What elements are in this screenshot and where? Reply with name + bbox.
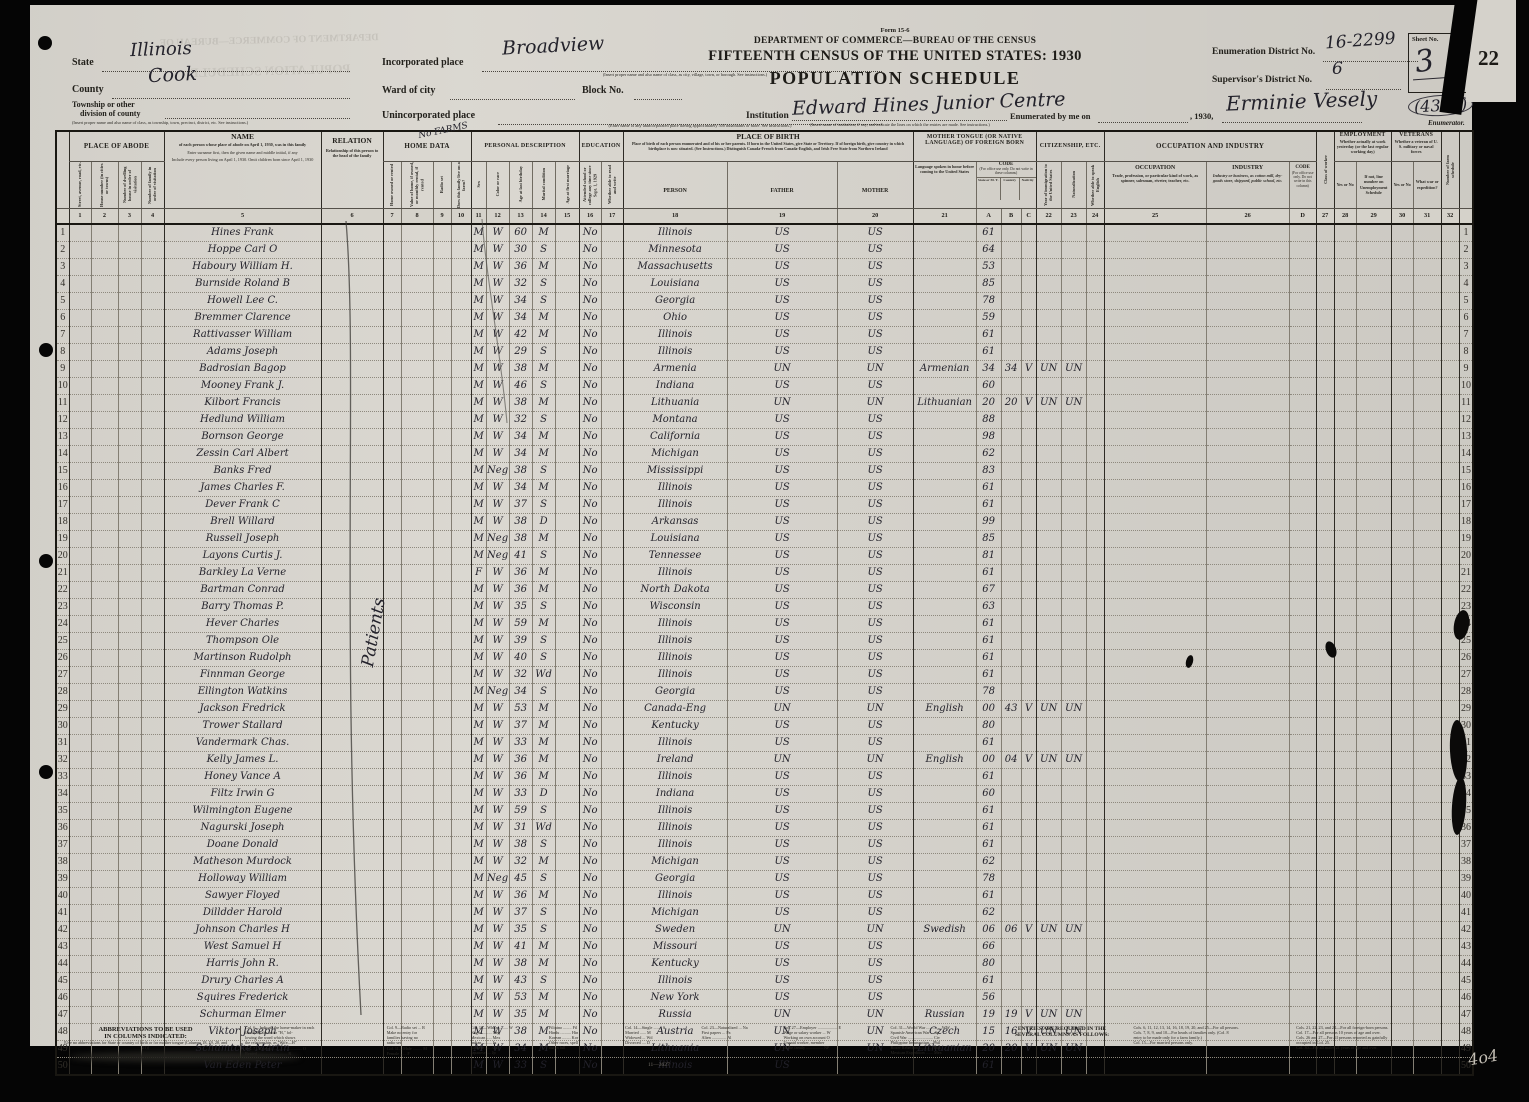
- cell-age-first-marriage: [555, 343, 579, 360]
- cell-speak-english: [1086, 496, 1104, 513]
- cell-code-c: [1021, 887, 1036, 904]
- cell-dwelling-number: [118, 479, 141, 496]
- cell-employment-yesno: [1334, 513, 1356, 530]
- cell-read-write: [601, 598, 623, 615]
- cell-war-expedition: [1413, 768, 1441, 785]
- cell-dwelling-number: [118, 445, 141, 462]
- cell-relation: [321, 870, 383, 887]
- cell-class-of-worker: [1316, 938, 1334, 955]
- cell-home-value: [401, 275, 433, 292]
- line-number-right: 29: [1459, 700, 1473, 717]
- cell-unemployment-line: [1356, 938, 1391, 955]
- cell-code-b: [1001, 870, 1021, 887]
- cell-read-write: [601, 462, 623, 479]
- line-number-left: 39: [56, 870, 69, 887]
- cell-home-owned: [383, 666, 401, 683]
- cell-race: W: [486, 666, 509, 683]
- cell-home-owned: [383, 870, 401, 887]
- cell-race: W: [486, 564, 509, 581]
- cell-sex: M: [471, 853, 486, 870]
- cell-home-owned: [383, 751, 401, 768]
- cell-age-first-marriage: [555, 802, 579, 819]
- cell-attended-school: No: [579, 734, 601, 751]
- cell-employment-yesno: [1334, 666, 1356, 683]
- cell-family-number: [141, 836, 164, 853]
- line-number-left: 43: [56, 938, 69, 955]
- cell-sex: M: [471, 479, 486, 496]
- cell-code-a: 19: [976, 1006, 1001, 1023]
- cell-birthplace-person: Illinois: [623, 496, 727, 513]
- cell-street: [69, 445, 91, 462]
- cell-speak-english: [1086, 547, 1104, 564]
- cell-code-c: [1021, 598, 1036, 615]
- cell-immigration-year: [1036, 632, 1061, 649]
- cell-birthplace-person: Michigan: [623, 445, 727, 462]
- cell-naturalization: [1061, 428, 1086, 445]
- cell-veteran-yesno: [1391, 496, 1413, 513]
- cell-relation: [321, 428, 383, 445]
- cell-occupation: [1104, 224, 1206, 242]
- cell-family-number: [141, 224, 164, 242]
- cell-code-c: [1021, 513, 1036, 530]
- cell-class-of-worker: [1316, 445, 1334, 462]
- cell-race: W: [486, 717, 509, 734]
- cell-code-d: [1289, 581, 1316, 598]
- cell-sex: M: [471, 394, 486, 411]
- cell-birthplace-mother: US: [837, 309, 913, 326]
- cell-code-a: 83: [976, 462, 1001, 479]
- cell-dwelling-number: [118, 785, 141, 802]
- cell-attended-school: No: [579, 649, 601, 666]
- cell-sex: M: [471, 921, 486, 938]
- cell-code-b: [1001, 547, 1021, 564]
- county-line: [112, 86, 350, 99]
- cell-veteran-yesno: [1391, 343, 1413, 360]
- cell-occupation: [1104, 1057, 1206, 1075]
- cell-occupation: [1104, 394, 1206, 411]
- cell-farm-schedule: [1441, 853, 1459, 870]
- cell-code-a: 61: [976, 887, 1001, 904]
- cell-birthplace-person: Massachusetts: [623, 258, 727, 275]
- cell-race: Neg: [486, 462, 509, 479]
- cell-veteran-yesno: [1391, 904, 1413, 921]
- cell-street: [69, 751, 91, 768]
- cell-age: 36: [509, 751, 532, 768]
- cell-home-owned: [383, 683, 401, 700]
- cell-birthplace-person: Kentucky: [623, 955, 727, 972]
- cell-radio-set: [433, 683, 451, 700]
- cell-radio-set: [433, 887, 451, 904]
- incorporated-label: Incorporated place: [382, 57, 463, 68]
- table-row: 34Filtz Irwin GMW33DNoIndianaUSUS6034: [56, 785, 1473, 802]
- cell-unemployment-line: [1356, 683, 1391, 700]
- cell-race: W: [486, 275, 509, 292]
- cell-family-number: [141, 598, 164, 615]
- cell-street: [69, 1006, 91, 1023]
- cell-house-number: [91, 904, 118, 921]
- cell-war-expedition: [1413, 921, 1441, 938]
- cell-name: Doane Donald: [164, 836, 321, 853]
- cell-radio-set: [433, 666, 451, 683]
- cell-race: W: [486, 479, 509, 496]
- cell-code-a: 61: [976, 972, 1001, 989]
- cell-code-b: [1001, 377, 1021, 394]
- cell-war-expedition: [1413, 683, 1441, 700]
- cell-street: [69, 870, 91, 887]
- cell-mother-tongue: [913, 445, 976, 462]
- cell-dwelling-number: [118, 598, 141, 615]
- cell-name: Russell Joseph: [164, 530, 321, 547]
- cell-mother-tongue: [913, 836, 976, 853]
- bottom-smudge: [70, 1052, 300, 1062]
- cell-dwelling-number: [118, 649, 141, 666]
- cell-home-owned: [383, 1006, 401, 1023]
- cell-code-a: 00: [976, 751, 1001, 768]
- line-number-left: 19: [56, 530, 69, 547]
- cell-house-number: [91, 547, 118, 564]
- cell-marital: M: [532, 479, 555, 496]
- line-number-left: 24: [56, 615, 69, 632]
- cell-code-c: [1021, 428, 1036, 445]
- cell-unemployment-line: [1356, 445, 1391, 462]
- cell-name: Barry Thomas P.: [164, 598, 321, 615]
- cell-industry: [1206, 1006, 1289, 1023]
- cell-read-write: [601, 411, 623, 428]
- cell-attended-school: No: [579, 836, 601, 853]
- table-row: 26Martinson RudolphMW40SNoIllinoisUSUS61…: [56, 649, 1473, 666]
- table-row: 29Jackson FredrickMW53MNoCanada-EngUNUNE…: [56, 700, 1473, 717]
- cell-farm-schedule: [1441, 1006, 1459, 1023]
- cell-code-b: [1001, 649, 1021, 666]
- enumerated-label: Enumerated by me on: [1010, 111, 1091, 121]
- cell-read-write: [601, 1057, 623, 1075]
- cell-farm-schedule: [1441, 377, 1459, 394]
- cell-home-value: [401, 819, 433, 836]
- cell-home-owned: [383, 938, 401, 955]
- farm-schedule-header: Number of farm schedule: [1441, 131, 1459, 208]
- cell-code-b: [1001, 734, 1021, 751]
- supervisors-district-label: Supervisor's District No.: [1212, 75, 1312, 85]
- cell-code-b: [1001, 241, 1021, 258]
- cell-sex: M: [471, 547, 486, 564]
- cell-birthplace-mother: US: [837, 717, 913, 734]
- cell-read-write: [601, 224, 623, 242]
- cell-birthplace-mother: UN: [837, 394, 913, 411]
- cell-code-b: 34: [1001, 360, 1021, 377]
- cell-employment-yesno: [1334, 258, 1356, 275]
- cell-birthplace-mother: US: [837, 343, 913, 360]
- cell-code-d: [1289, 700, 1316, 717]
- cell-naturalization: [1061, 615, 1086, 632]
- cell-code-a: 61: [976, 802, 1001, 819]
- cell-marital: M: [532, 581, 555, 598]
- cell-relation: [321, 717, 383, 734]
- cell-radio-set: [433, 904, 451, 921]
- cell-read-write: [601, 734, 623, 751]
- cell-home-value: [401, 224, 433, 242]
- line-number-right: 15: [1459, 462, 1473, 479]
- line-number-right: 10: [1459, 377, 1473, 394]
- cell-age: 36: [509, 887, 532, 904]
- cell-veteran-yesno: [1391, 292, 1413, 309]
- cell-street: [69, 853, 91, 870]
- cell-industry: [1206, 360, 1289, 377]
- column-number: 22: [1036, 208, 1061, 224]
- cell-code-c: [1021, 717, 1036, 734]
- cell-home-value: [401, 598, 433, 615]
- cell-family-number: [141, 564, 164, 581]
- cell-speak-english: [1086, 989, 1104, 1006]
- cell-occupation: [1104, 700, 1206, 717]
- cell-family-number: [141, 479, 164, 496]
- cell-veteran-yesno: [1391, 921, 1413, 938]
- cell-home-value: [401, 547, 433, 564]
- cell-lives-on-farm: [451, 836, 471, 853]
- cell-age-first-marriage: [555, 411, 579, 428]
- cell-radio-set: [433, 649, 451, 666]
- cell-mother-tongue: [913, 258, 976, 275]
- cell-naturalization: UN: [1061, 921, 1086, 938]
- cell-race: W: [486, 224, 509, 242]
- cell-home-owned: [383, 445, 401, 462]
- cell-immigration-year: [1036, 445, 1061, 462]
- cell-industry: [1206, 955, 1289, 972]
- cell-home-owned: [383, 955, 401, 972]
- cell-immigration-year: [1036, 666, 1061, 683]
- line-number-left: 44: [56, 955, 69, 972]
- column-number: 6: [321, 208, 383, 224]
- cell-unemployment-line: [1356, 479, 1391, 496]
- cell-birthplace-person: Illinois: [623, 768, 727, 785]
- cell-birthplace-father: US: [727, 734, 837, 751]
- cell-name: Wilmington Eugene: [164, 802, 321, 819]
- line-number-left: 31: [56, 734, 69, 751]
- cell-age: 33: [509, 785, 532, 802]
- cell-marital: S: [532, 275, 555, 292]
- cell-sex: M: [471, 836, 486, 853]
- cell-code-a: 61: [976, 615, 1001, 632]
- cell-immigration-year: [1036, 734, 1061, 751]
- cell-relation: [321, 955, 383, 972]
- cell-age: 36: [509, 768, 532, 785]
- cell-class-of-worker: [1316, 802, 1334, 819]
- cell-read-write: [601, 683, 623, 700]
- cell-relation: [321, 377, 383, 394]
- cell-industry: [1206, 887, 1289, 904]
- cell-house-number: [91, 615, 118, 632]
- cell-street: [69, 904, 91, 921]
- cell-mother-tongue: [913, 989, 976, 1006]
- cell-age-first-marriage: [555, 598, 579, 615]
- cell-home-owned: [383, 360, 401, 377]
- cell-relation: [321, 921, 383, 938]
- cell-attended-school: No: [579, 802, 601, 819]
- cell-occupation: [1104, 445, 1206, 462]
- column-number: 23: [1061, 208, 1086, 224]
- cell-street: [69, 989, 91, 1006]
- cell-name: Bornson George: [164, 428, 321, 445]
- township-line: [165, 106, 350, 119]
- cell-immigration-year: UN: [1036, 360, 1061, 377]
- cell-mother-tongue: [913, 547, 976, 564]
- column-number: 25: [1104, 208, 1206, 224]
- col24-header: Whether able to speak English: [1086, 161, 1104, 208]
- cell-birthplace-mother: US: [837, 887, 913, 904]
- cell-street: [69, 428, 91, 445]
- cell-age-first-marriage: [555, 275, 579, 292]
- cell-marital: S: [532, 547, 555, 564]
- cell-naturalization: [1061, 564, 1086, 581]
- line-number-right: 17: [1459, 496, 1473, 513]
- cell-age-first-marriage: [555, 224, 579, 242]
- cell-birthplace-person: Ohio: [623, 309, 727, 326]
- cell-code-a: 61: [976, 768, 1001, 785]
- cell-code-a: 61: [976, 326, 1001, 343]
- cell-home-value: [401, 530, 433, 547]
- cell-immigration-year: [1036, 326, 1061, 343]
- cell-marital: S: [532, 904, 555, 921]
- cell-industry: [1206, 717, 1289, 734]
- cell-home-value: [401, 938, 433, 955]
- cell-house-number: [91, 496, 118, 513]
- cell-house-number: [91, 666, 118, 683]
- cell-speak-english: [1086, 938, 1104, 955]
- cell-name: Barkley La Verne: [164, 564, 321, 581]
- table-row: 47Schurman ElmerMW35MNoRussiaUNUNRussian…: [56, 1006, 1473, 1023]
- cell-race: W: [486, 343, 509, 360]
- cell-name: Jackson Fredrick: [164, 700, 321, 717]
- cell-home-owned: [383, 785, 401, 802]
- cell-code-d: [1289, 649, 1316, 666]
- cell-family-number: [141, 751, 164, 768]
- cell-industry: [1206, 224, 1289, 242]
- cell-relation: [321, 785, 383, 802]
- cell-employment-yesno: [1334, 1006, 1356, 1023]
- cell-unemployment-line: [1356, 309, 1391, 326]
- cell-code-d: [1289, 530, 1316, 547]
- cell-code-d: [1289, 258, 1316, 275]
- cell-dwelling-number: [118, 717, 141, 734]
- cell-employment-yesno: [1334, 989, 1356, 1006]
- township-label: Township or otherdivision of county: [72, 101, 140, 119]
- cell-speak-english: [1086, 530, 1104, 547]
- cell-speak-english: [1086, 819, 1104, 836]
- table-row: 39Holloway WilliamMNeg45SNoGeorgiaUSUS78…: [56, 870, 1473, 887]
- cell-code-c: [1021, 275, 1036, 292]
- cell-lives-on-farm: [451, 496, 471, 513]
- cell-class-of-worker: [1316, 377, 1334, 394]
- cell-home-value: [401, 428, 433, 445]
- cell-lives-on-farm: [451, 955, 471, 972]
- line-number-left: 4: [56, 275, 69, 292]
- cell-naturalization: [1061, 258, 1086, 275]
- column-number: 14: [532, 208, 555, 224]
- cell-name: Matheson Murdock: [164, 853, 321, 870]
- cell-street: [69, 309, 91, 326]
- cell-name: Rattivasser William: [164, 326, 321, 343]
- cell-speak-english: [1086, 462, 1104, 479]
- cell-veteran-yesno: [1391, 360, 1413, 377]
- cell-home-owned: [383, 989, 401, 1006]
- cell-radio-set: [433, 360, 451, 377]
- cell-home-value: [401, 343, 433, 360]
- cell-attended-school: No: [579, 224, 601, 242]
- cell-speak-english: [1086, 836, 1104, 853]
- cell-lives-on-farm: [451, 547, 471, 564]
- cell-marital: S: [532, 411, 555, 428]
- cell-dwelling-number: [118, 802, 141, 819]
- cell-home-value: [401, 972, 433, 989]
- cell-mother-tongue: English: [913, 700, 976, 717]
- cell-mother-tongue: [913, 887, 976, 904]
- cell-home-owned: [383, 717, 401, 734]
- cell-age-first-marriage: [555, 751, 579, 768]
- cell-radio-set: [433, 1057, 451, 1075]
- cell-dwelling-number: [118, 972, 141, 989]
- cell-birthplace-person: Michigan: [623, 904, 727, 921]
- line-number-right: 48: [1459, 1023, 1473, 1040]
- cell-mother-tongue: Lithuanian: [913, 394, 976, 411]
- cell-marital: D: [532, 785, 555, 802]
- cell-code-d: [1289, 870, 1316, 887]
- cell-farm-schedule: [1441, 326, 1459, 343]
- cell-home-value: [401, 360, 433, 377]
- cell-code-b: [1001, 343, 1021, 360]
- cell-mother-tongue: [913, 649, 976, 666]
- cell-code-d: [1289, 275, 1316, 292]
- cell-war-expedition: [1413, 887, 1441, 904]
- cell-code-a: 06: [976, 921, 1001, 938]
- cell-house-number: [91, 955, 118, 972]
- cell-unemployment-line: [1356, 496, 1391, 513]
- cell-radio-set: [433, 564, 451, 581]
- cell-unemployment-line: [1356, 1057, 1391, 1075]
- cell-code-b: [1001, 598, 1021, 615]
- line-number-right: 20: [1459, 547, 1473, 564]
- cell-speak-english: [1086, 1006, 1104, 1023]
- cell-race: W: [486, 734, 509, 751]
- cell-sex: M: [471, 785, 486, 802]
- cell-sex: M: [471, 513, 486, 530]
- line-number-left: 30: [56, 717, 69, 734]
- cell-farm-schedule: [1441, 581, 1459, 598]
- cell-family-number: [141, 887, 164, 904]
- cell-birthplace-person: Wisconsin: [623, 598, 727, 615]
- printer-mark: 11—3627: [648, 1062, 670, 1068]
- cell-marital: S: [532, 377, 555, 394]
- cell-farm-schedule: [1441, 1057, 1459, 1075]
- cell-immigration-year: UN: [1036, 394, 1061, 411]
- cell-house-number: [91, 241, 118, 258]
- cell-house-number: [91, 275, 118, 292]
- state-label: State: [72, 57, 94, 68]
- cell-family-number: [141, 445, 164, 462]
- cell-home-owned: [383, 768, 401, 785]
- institution-label: Institution: [746, 111, 789, 121]
- table-row: 45Drury Charles AMW43SNoIllinoisUSUS6145: [56, 972, 1473, 989]
- cell-code-d: [1289, 802, 1316, 819]
- line-number-left: 36: [56, 819, 69, 836]
- cell-home-value: [401, 513, 433, 530]
- cell-radio-set: [433, 819, 451, 836]
- cell-code-d: [1289, 1006, 1316, 1023]
- cell-age: 32: [509, 411, 532, 428]
- cell-birthplace-person: Michigan: [623, 853, 727, 870]
- cell-farm-schedule: [1441, 904, 1459, 921]
- cell-mother-tongue: [913, 768, 976, 785]
- cell-relation: [321, 258, 383, 275]
- cell-employment-yesno: [1334, 309, 1356, 326]
